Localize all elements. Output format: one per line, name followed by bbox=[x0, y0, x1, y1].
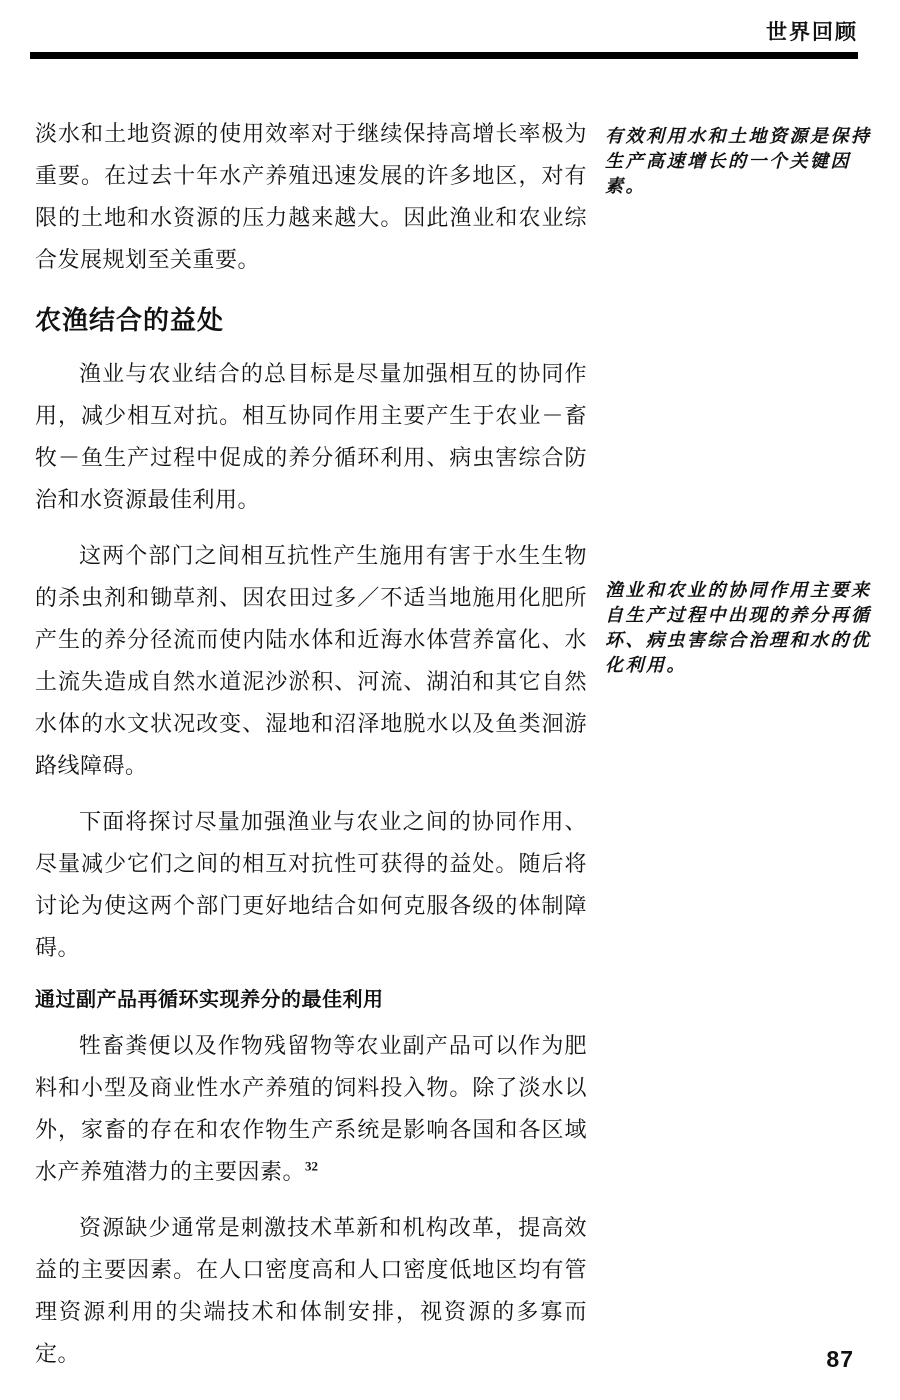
body-paragraph-6: 资源缺少通常是刺激技术革新和机构改革，提高效益的主要因素。在人口密度高和人口密度… bbox=[35, 1207, 587, 1375]
running-head: 世界回顾 bbox=[30, 20, 858, 59]
section-heading: 农渔结合的益处 bbox=[35, 303, 587, 339]
margin-note-1: 有效利用水和土地资源是保持生产高速增长的一个关键因素。 bbox=[605, 124, 873, 199]
body-paragraph-5: 牲畜粪便以及作物残留物等农业副产品可以作为肥料和小型及商业性水产养殖的饲料投入物… bbox=[35, 1025, 587, 1193]
margin-note-2: 渔业和农业的协同作用主要来自生产过程中出现的养分再循环、病虫害综合治理和水的优化… bbox=[605, 578, 873, 678]
body-paragraph-4: 下面将探讨尽量加强渔业与农业之间的协同作用、尽量减少它们之间的相互对抗性可获得的… bbox=[35, 801, 587, 969]
body-paragraph-3: 这两个部门之间相互抗性产生施用有害于水生生物的杀虫剂和锄草剂、因农田过多／不适当… bbox=[35, 535, 587, 787]
subsection-heading: 通过副产品再循环实现养分的最佳利用 bbox=[35, 985, 587, 1015]
body-paragraph-2: 渔业与农业结合的总目标是尽量加强相互的协同作用，减少相互对抗。相互协同作用主要产… bbox=[35, 353, 587, 521]
document-page: 世界回顾 淡水和土地资源的使用效率对于继续保持高增长率极为重要。在过去十年水产养… bbox=[0, 0, 900, 1400]
body-paragraph-1: 淡水和土地资源的使用效率对于继续保持高增长率极为重要。在过去十年水产养殖迅速发展… bbox=[35, 113, 587, 281]
page-number: 87 bbox=[826, 1346, 854, 1373]
main-text-column: 淡水和土地资源的使用效率对于继续保持高增长率极为重要。在过去十年水产养殖迅速发展… bbox=[35, 113, 587, 1375]
footnote-reference-32: 32 bbox=[305, 1159, 318, 1174]
running-head-title: 世界回顾 bbox=[766, 20, 858, 44]
